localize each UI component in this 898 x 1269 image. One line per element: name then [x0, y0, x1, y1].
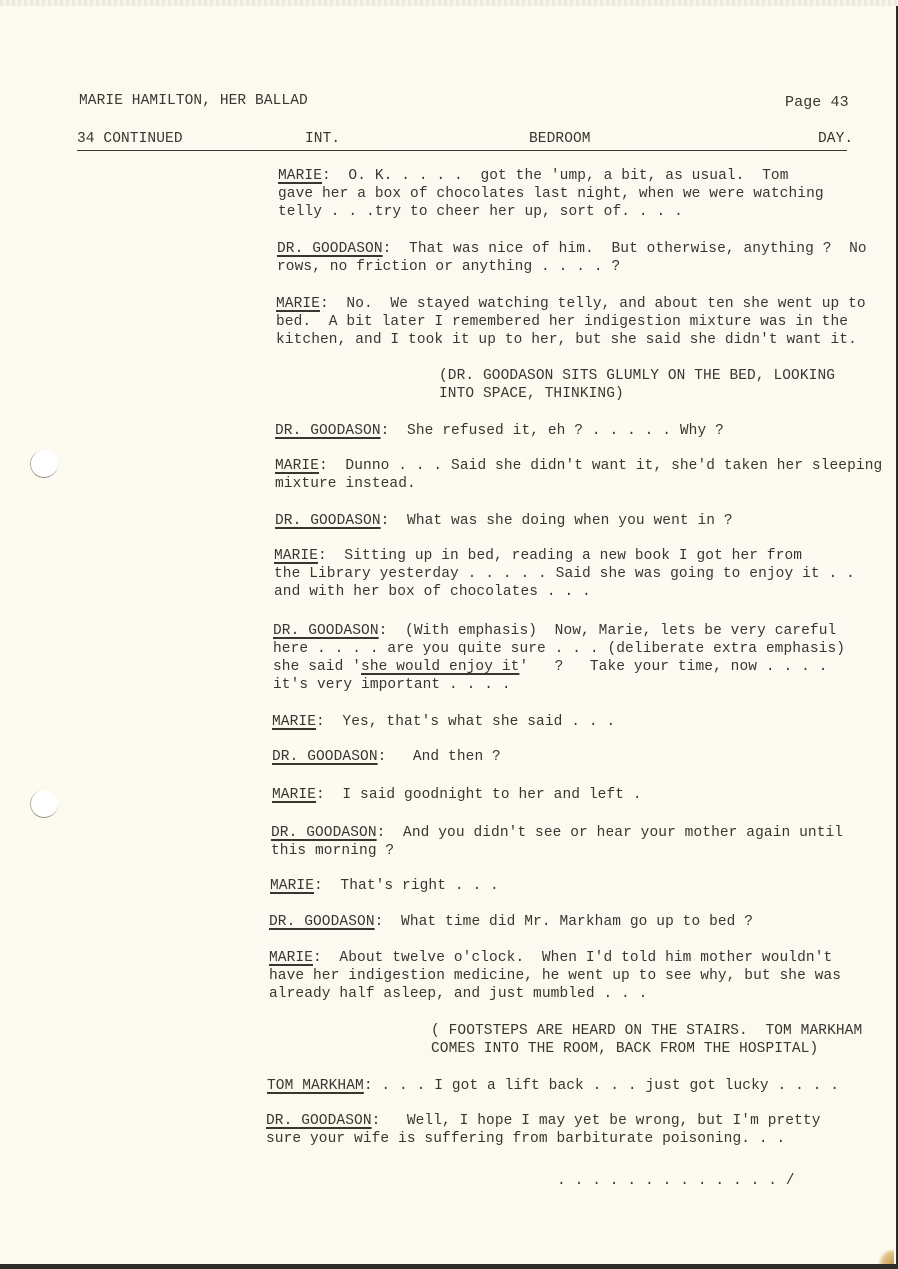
dialogue-block: DR. GOODASON: What was she doing when yo… [275, 512, 733, 530]
dialogue-block: DR. GOODASON: And then ? [272, 748, 501, 766]
speaker-name: DR. GOODASON [269, 914, 375, 930]
speaker-name: DR. GOODASON [275, 513, 381, 529]
speaker-name: DR. GOODASON [266, 1113, 372, 1129]
dialogue-block: MARIE: Yes, that's what she said . . . [272, 713, 615, 731]
speaker-name: DR. GOODASON [275, 423, 381, 439]
dialogue-block: TOM MARKHAM: . . . I got a lift back . .… [267, 1077, 839, 1095]
page-bottom-edge [0, 1264, 898, 1269]
dialogue-block: DR. GOODASON: What time did Mr. Markham … [269, 913, 753, 931]
document-title: MARIE HAMILTON, HER BALLAD [79, 92, 308, 110]
dialogue-block: MARIE: I said goodnight to her and left … [272, 786, 642, 804]
punch-hole [30, 790, 58, 818]
speaker-name: TOM MARKHAM [267, 1078, 364, 1094]
dialogue-block: DR. GOODASON: That was nice of him. But … [277, 240, 867, 276]
speaker-name: MARIE [276, 296, 320, 312]
corner-stain [878, 1250, 894, 1264]
scene-number: 34 CONTINUED [77, 130, 183, 148]
stage-direction: ( FOOTSTEPS ARE HEARD ON THE STAIRS. TOM… [431, 1022, 862, 1058]
punch-hole [30, 450, 58, 478]
speaker-name: DR. GOODASON [272, 749, 378, 765]
speaker-name: MARIE [270, 878, 314, 894]
emphasized-quote: she would enjoy it [361, 659, 519, 675]
dialogue-block: MARIE: No. We stayed watching telly, and… [276, 295, 866, 349]
scene-time: DAY. [818, 130, 853, 148]
speaker-name: MARIE [278, 168, 322, 184]
dialogue-block: DR. GOODASON: Well, I hope I may yet be … [266, 1112, 821, 1148]
scene-interior: INT. [305, 130, 340, 148]
continuation-mark: . . . . . . . . . . . . . / [557, 1172, 795, 1190]
speaker-name: DR. GOODASON [271, 825, 377, 841]
speaker-name: MARIE [275, 458, 319, 474]
scene-location: BEDROOM [529, 130, 591, 148]
page-top-edge [0, 0, 898, 6]
speaker-name: MARIE [269, 950, 313, 966]
speaker-name: MARIE [272, 714, 316, 730]
speaker-name: DR. GOODASON [273, 623, 379, 639]
dialogue-block: MARIE: Sitting up in bed, reading a new … [274, 547, 855, 601]
speaker-name: DR. GOODASON [277, 241, 383, 257]
dialogue-block: DR. GOODASON: She refused it, eh ? . . .… [275, 422, 724, 440]
dialogue-block: DR. GOODASON: (With emphasis) Now, Marie… [273, 622, 845, 694]
dialogue-block: DR. GOODASON: And you didn't see or hear… [271, 824, 843, 860]
dialogue-block: MARIE: About twelve o'clock. When I'd to… [269, 949, 841, 1003]
dialogue-block: MARIE: That's right . . . [270, 877, 499, 895]
dialogue-block: MARIE: Dunno . . . Said she didn't want … [275, 457, 882, 493]
stage-direction: (DR. GOODASON SITS GLUMLY ON THE BED, LO… [439, 367, 835, 403]
dialogue-block: MARIE: O. K. . . . . got the 'ump, a bit… [278, 167, 824, 221]
speaker-name: MARIE [274, 548, 318, 564]
page-number: Page 43 [785, 94, 849, 112]
script-page: MARIE HAMILTON, HER BALLAD Page 43 34 CO… [0, 0, 898, 1269]
scene-heading: 34 CONTINUED INT. BEDROOM DAY. [77, 130, 847, 151]
speaker-name: MARIE [272, 787, 316, 803]
